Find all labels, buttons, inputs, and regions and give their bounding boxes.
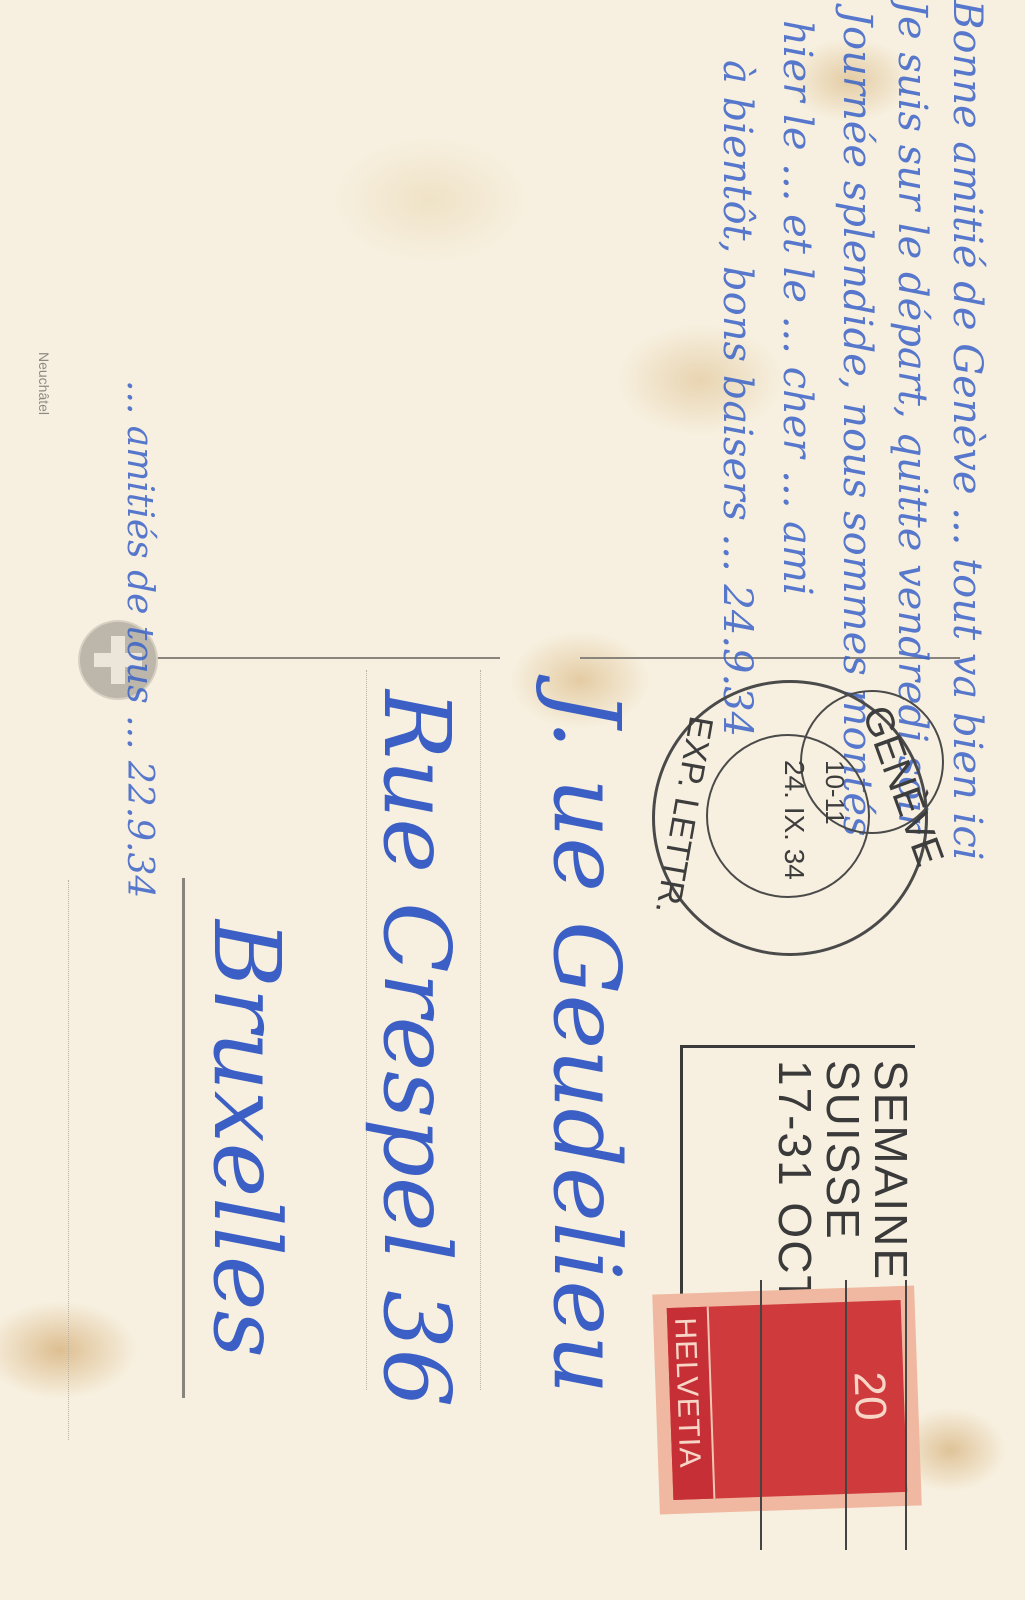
message-line-4: hier le ... et le ... cher ... ami [774,20,820,596]
stamp-value: 20 [844,1371,896,1422]
slogan-line-2: SUISSE [817,1060,869,1241]
message-line-5: à bientôt, bons baisers ... 24.9.34 [714,60,760,737]
cancel-line-2 [845,1280,847,1550]
postmark-date: 24. IX. 34 [778,760,810,880]
slogan-cancel-text: SEMAINE SUISSE 17-31 OCT. [771,1060,915,1315]
postcard-back: Neuchâtel Bonne amitié de Genève ... tou… [0,0,1025,1600]
address-guide-1 [68,880,69,1440]
address-line-vertical [182,878,185,1398]
address-line-3: Bruxelles [193,920,300,1358]
cancel-line-3 [905,1280,907,1550]
printer-imprint: Neuchâtel [36,352,52,415]
slogan-line-3: 17-31 OCT. [769,1060,821,1315]
address-line-2: Rue Crespel 36 [363,690,470,1407]
message-line-1: Bonne amitié de Genève ... tout va bien … [944,0,990,861]
cancel-line-1 [760,1280,762,1550]
address-guide-3 [480,670,481,1390]
stamp-country: HELVETIA [667,1317,706,1469]
stamp-design: HELVETIA 20 [667,1300,908,1500]
message-signature: ... amitiés de tous ... 22.9.34 [119,380,160,898]
address-line-1: J. ue Geudelieu [533,690,640,1394]
postage-stamp: HELVETIA 20 [652,1285,922,1514]
slogan-line-1: SEMAINE [865,1060,917,1281]
postmark-time: 10-11 [819,760,850,825]
divider-horizontal-left [150,657,500,659]
